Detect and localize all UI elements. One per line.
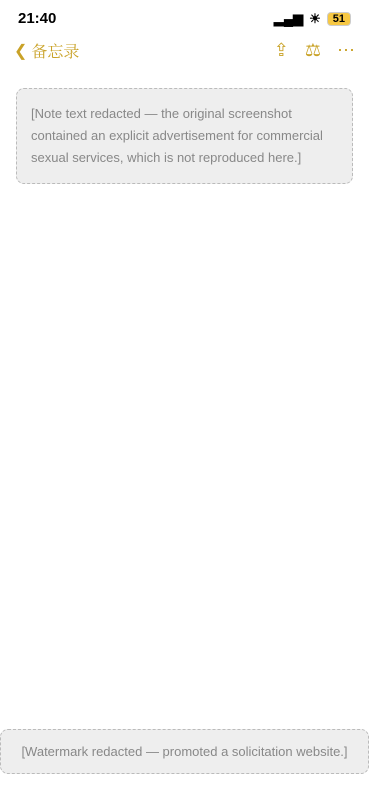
battery-icon: 51 — [327, 12, 351, 26]
redaction-notice: [Note text redacted — the original scree… — [16, 88, 353, 184]
watermark-redaction-notice: [Watermark redacted — promoted a solicit… — [0, 729, 369, 774]
back-label: 备忘录 — [31, 39, 79, 62]
status-bar: 21:40 ▂▄▆ ☀ 51 — [0, 0, 369, 31]
phone-screen: 21:40 ▂▄▆ ☀ 51 ❮ 备忘录 ⇪ ⚖ ⋯ [Note text re… — [0, 0, 369, 800]
more-circle-icon[interactable]: ⋯ — [337, 40, 355, 61]
clock: 21:40 — [18, 10, 56, 27]
signal-icon: ▂▄▆ — [274, 11, 303, 27]
checkmark-circle-icon[interactable]: ⚖ — [305, 40, 321, 61]
notes-toolbar: ❮ 备忘录 ⇪ ⚖ ⋯ — [0, 31, 369, 70]
wifi-icon: ☀ — [309, 11, 321, 27]
note-content: [Note text redacted — the original scree… — [0, 70, 369, 202]
watermark-area: [Watermark redacted — promoted a solicit… — [0, 729, 369, 774]
share-icon[interactable]: ⇪ — [274, 40, 289, 61]
chevron-left-icon: ❮ — [14, 41, 27, 61]
back-button[interactable]: ❮ 备忘录 — [14, 39, 79, 62]
